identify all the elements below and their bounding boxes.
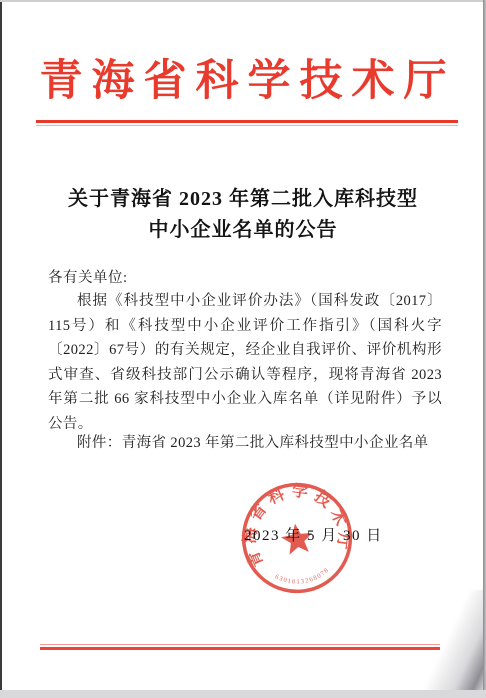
seal-agency-text: 青海省科学技术厅 [233, 474, 357, 571]
scanned-document-page: 青海省科学技术厅 关于青海省 2023 年第二批入库科技型 中小企业名单的公告 … [0, 0, 486, 698]
svg-text:青海省科学技术厅: 青海省科学技术厅 [233, 474, 357, 571]
scan-edge-left [0, 0, 2, 690]
document-title-line1: 关于青海省 2023 年第二批入库科技型 [0, 184, 486, 215]
document-title: 关于青海省 2023 年第二批入库科技型 中小企业名单的公告 [0, 184, 486, 246]
seal-star-icon [279, 521, 314, 555]
letterhead-agency-title: 青海省科学技术厅 [0, 56, 486, 108]
scan-edge-top [0, 0, 486, 2]
salutation: 各有关单位: [48, 266, 128, 287]
page-corner-fold [425, 590, 483, 690]
scan-edge-bottom [0, 690, 486, 698]
attachment-line: 附件：青海省 2023 年第二批入库科技型中小企业名单 [48, 431, 442, 452]
official-seal: 青海省科学技术厅 6301013268078 [233, 474, 362, 603]
letterhead-red-rule [36, 120, 458, 123]
body-paragraph: 根据《科技型中小企业评价办法》（国科发政〔2017〕115号）和《科技型中小企业… [48, 289, 442, 437]
footer-red-rule [40, 647, 440, 650]
document-title-line2: 中小企业名单的公告 [0, 215, 486, 246]
